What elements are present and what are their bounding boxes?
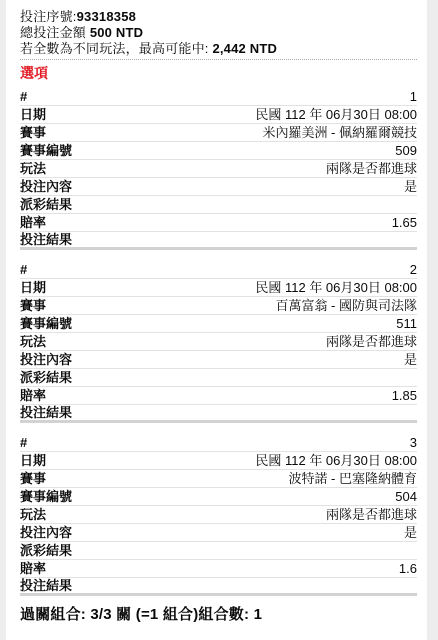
row-payout-result: 派彩結果: [20, 369, 417, 387]
event-label: 賽事: [20, 124, 46, 141]
row-bet-result: 投注結果: [20, 405, 417, 423]
row-date: 日期 民國 112 年 06月30日 08:00: [20, 106, 417, 124]
odds-value: 1.6: [399, 560, 417, 577]
bet-content-label: 投注內容: [20, 524, 72, 541]
row-event: 賽事 米內羅美洲 - 佩納羅爾競技: [20, 124, 417, 142]
options-section-title: 選項: [20, 60, 417, 86]
odds-value: 1.65: [392, 214, 417, 231]
date-label: 日期: [20, 106, 46, 123]
payout-result-label: 派彩結果: [20, 542, 72, 559]
event-value: 米內羅美洲 - 佩納羅爾競技: [262, 124, 417, 141]
row-bet-result: 投注結果: [20, 232, 417, 250]
row-payout-result: 派彩結果: [20, 542, 417, 560]
receipt-content: 投注序號:93318358 總投注金額 500 NTD 若全數為不同玩法，最高可…: [6, 0, 427, 640]
bet-serial-line: 投注序號:93318358: [20, 9, 417, 25]
bet-serial-label: 投注序號:: [20, 9, 77, 24]
row-date: 日期 民國 112 年 06月30日 08:00: [20, 279, 417, 297]
row-date: 日期 民國 112 年 06月30日 08:00: [20, 452, 417, 470]
odds-value: 1.85: [392, 387, 417, 404]
odds-label: 賠率: [20, 387, 46, 404]
row-number: # 3: [20, 434, 417, 452]
payout-result-label: 派彩結果: [20, 369, 72, 386]
play-type-label: 玩法: [20, 160, 46, 177]
date-label: 日期: [20, 279, 46, 296]
max-win-value: 2,442 NTD: [212, 41, 277, 56]
row-play-type: 玩法 兩隊是否都進球: [20, 506, 417, 524]
bet-result-label: 投注結果: [20, 231, 72, 248]
number-value: 2: [410, 261, 417, 278]
number-value: 1: [410, 88, 417, 105]
event-value: 波特諾 - 巴塞隆納體育: [288, 470, 417, 487]
bet-content-label: 投注內容: [20, 351, 72, 368]
date-label: 日期: [20, 452, 46, 469]
odds-label: 賠率: [20, 214, 46, 231]
row-bet-result: 投注結果: [20, 578, 417, 596]
total-stake-line: 總投注金額 500 NTD: [20, 25, 417, 41]
row-bet-content: 投注內容 是: [20, 351, 417, 369]
event-id-value: 511: [396, 315, 417, 332]
row-event-id: 賽事編號 504: [20, 488, 417, 506]
bet-serial-value: 93318358: [77, 9, 136, 24]
event-label: 賽事: [20, 470, 46, 487]
row-number: # 2: [20, 261, 417, 279]
event-id-value: 504: [395, 488, 417, 505]
event-id-label: 賽事編號: [20, 142, 72, 159]
row-play-type: 玩法 兩隊是否都進球: [20, 160, 417, 178]
event-id-label: 賽事編號: [20, 315, 72, 332]
row-event: 賽事 百萬富翁 - 國防與司法隊: [20, 297, 417, 315]
date-value: 民國 112 年 06月30日 08:00: [255, 106, 417, 123]
play-type-value: 兩隊是否都進球: [326, 333, 417, 350]
play-type-value: 兩隊是否都進球: [326, 506, 417, 523]
row-odds: 賠率 1.85: [20, 387, 417, 405]
selection-card-3: # 3 日期 民國 112 年 06月30日 08:00 賽事 波特諾 - 巴塞…: [20, 434, 417, 596]
date-value: 民國 112 年 06月30日 08:00: [255, 452, 417, 469]
payout-result-label: 派彩結果: [20, 196, 72, 213]
number-label: #: [20, 88, 27, 105]
play-type-value: 兩隊是否都進球: [326, 160, 417, 177]
row-odds: 賠率 1.6: [20, 560, 417, 578]
bet-result-label: 投注結果: [20, 404, 72, 421]
odds-label: 賠率: [20, 560, 46, 577]
row-play-type: 玩法 兩隊是否都進球: [20, 333, 417, 351]
max-win-label: 若全數為不同玩法，最高可能中:: [20, 41, 212, 56]
event-id-label: 賽事編號: [20, 488, 72, 505]
bet-receipt-page: 投注序號:93318358 總投注金額 500 NTD 若全數為不同玩法，最高可…: [0, 0, 438, 640]
bet-content-value: 是: [404, 351, 417, 368]
total-stake-value: 500 NTD: [90, 25, 143, 40]
parlay-combo-summary: 過關組合: 3/3 關 (=1 組合)組合數: 1: [20, 605, 417, 625]
event-id-value: 509: [395, 142, 417, 159]
number-label: #: [20, 434, 27, 451]
play-type-label: 玩法: [20, 506, 46, 523]
total-stake-label: 總投注金額: [20, 25, 90, 40]
selection-card-1: # 1 日期 民國 112 年 06月30日 08:00 賽事 米內羅美洲 - …: [20, 88, 417, 250]
max-win-line: 若全數為不同玩法，最高可能中: 2,442 NTD: [20, 41, 417, 57]
row-bet-content: 投注內容 是: [20, 178, 417, 196]
row-payout-result: 派彩結果: [20, 196, 417, 214]
row-number: # 1: [20, 88, 417, 106]
row-event: 賽事 波特諾 - 巴塞隆納體育: [20, 470, 417, 488]
date-value: 民國 112 年 06月30日 08:00: [255, 279, 417, 296]
event-value: 百萬富翁 - 國防與司法隊: [275, 297, 417, 314]
bet-result-label: 投注結果: [20, 577, 72, 594]
bet-content-label: 投注內容: [20, 178, 72, 195]
bet-content-value: 是: [404, 178, 417, 195]
event-label: 賽事: [20, 297, 46, 314]
row-odds: 賠率 1.65: [20, 214, 417, 232]
number-value: 3: [410, 434, 417, 451]
row-event-id: 賽事編號 511: [20, 315, 417, 333]
bet-content-value: 是: [404, 524, 417, 541]
row-event-id: 賽事編號 509: [20, 142, 417, 160]
play-type-label: 玩法: [20, 333, 46, 350]
number-label: #: [20, 261, 27, 278]
selection-card-2: # 2 日期 民國 112 年 06月30日 08:00 賽事 百萬富翁 - 國…: [20, 261, 417, 423]
row-bet-content: 投注內容 是: [20, 524, 417, 542]
